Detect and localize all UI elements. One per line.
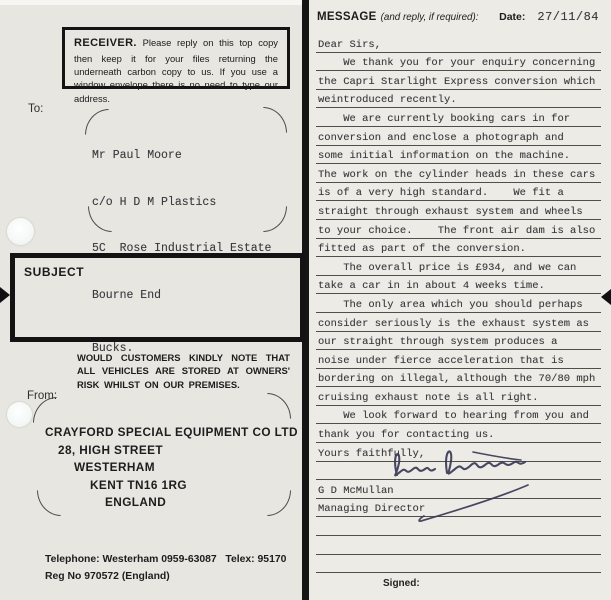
from-address-line: 28, HIGH STREET bbox=[58, 442, 298, 460]
message-line: weintroduced recently. bbox=[316, 90, 601, 109]
date-label: Date: bbox=[499, 11, 525, 23]
message-line: the Capri Starlight Express conversion w… bbox=[316, 71, 601, 90]
message-line: Managing Director bbox=[316, 499, 601, 518]
message-line: fitted as part of the conversion. bbox=[316, 239, 601, 258]
message-line: take a car in in about 4 weeks time. bbox=[316, 276, 601, 295]
scan-top-edge bbox=[0, 0, 302, 5]
signed-label: Signed: bbox=[383, 578, 420, 589]
punch-hole bbox=[7, 218, 34, 245]
message-line: bordering on illegal, although the 70/80… bbox=[316, 369, 601, 388]
message-line: consider seriously is the exhaust system… bbox=[316, 313, 601, 332]
message-line bbox=[316, 462, 601, 481]
receiver-notice-title: RECEIVER. bbox=[74, 37, 137, 49]
from-address-line: WESTERHAM bbox=[74, 459, 298, 477]
message-line: We are currently booking cars in for bbox=[316, 108, 601, 127]
date-value: 27/11/84 bbox=[537, 10, 599, 24]
message-line: thank you for contacting us. bbox=[316, 424, 601, 443]
to-address-line: c/o H D M Plastics bbox=[92, 195, 271, 211]
from-address-line: ENGLAND bbox=[105, 494, 298, 512]
message-line: is of a very high standard. We fit a bbox=[316, 183, 601, 202]
message-line: G D McMullan bbox=[316, 480, 601, 499]
message-line: some initial information on the machine. bbox=[316, 146, 601, 165]
corner-bracket bbox=[267, 393, 291, 419]
from-address: CRAYFORD SPECIAL EQUIPMENT CO LTD 28, HI… bbox=[45, 424, 298, 512]
subject-box: SUBJECT bbox=[10, 253, 305, 342]
message-label: MESSAGE bbox=[317, 11, 377, 23]
punch-hole bbox=[7, 402, 32, 427]
message-line bbox=[316, 555, 601, 574]
from-address-line: CRAYFORD SPECIAL EQUIPMENT CO LTD bbox=[45, 424, 298, 442]
message-column: MESSAGE (and reply, if required): Date: … bbox=[312, 0, 611, 600]
registration-line: Reg No 970572 (England) bbox=[45, 571, 170, 582]
message-body: Dear Sirs, We thank you for your enquiry… bbox=[316, 34, 601, 573]
message-note: (and reply, if required): bbox=[381, 12, 479, 23]
message-line: our straight through system produces a bbox=[316, 332, 601, 351]
message-line: noise under fierce acceleration that is bbox=[316, 350, 601, 369]
message-header: MESSAGE (and reply, if required): Date: … bbox=[317, 10, 599, 24]
receiver-notice: RECEIVER. Please reply on this top copy … bbox=[62, 27, 290, 89]
from-address-line: KENT TN16 1RG bbox=[90, 477, 298, 495]
message-line: straight through exhaust system and whee… bbox=[316, 201, 601, 220]
message-line bbox=[316, 517, 601, 536]
registration-arrow-right-icon bbox=[0, 287, 10, 303]
message-line: to your choice. The front air dam is als… bbox=[316, 220, 601, 239]
to-address-line: Mr Paul Moore bbox=[92, 148, 271, 164]
message-line: The work on the cylinder heads in these … bbox=[316, 164, 601, 183]
message-line: We look forward to hearing from you and bbox=[316, 406, 601, 425]
memo-form-scan: RECEIVER. Please reply on this top copy … bbox=[0, 0, 611, 600]
message-line: The only area which you should perhaps bbox=[316, 294, 601, 313]
message-line: We thank you for your enquiry concerning bbox=[316, 53, 601, 72]
message-line: The overall price is £934, and we can bbox=[316, 257, 601, 276]
message-line: Dear Sirs, bbox=[316, 34, 601, 53]
message-line bbox=[316, 536, 601, 555]
to-label: To: bbox=[28, 103, 43, 115]
message-line: cruising exhaust note is all right. bbox=[316, 387, 601, 406]
telephone-line: Telephone: Westerham 0959-63087 Telex: 9… bbox=[45, 554, 286, 565]
storage-notice: WOULD CUSTOMERS KINDLY NOTE THAT ALL VEH… bbox=[77, 351, 290, 391]
message-line: Yours faithfully, bbox=[316, 443, 601, 462]
subject-label: SUBJECT bbox=[24, 265, 84, 279]
message-line: conversion and enclose a photograph and bbox=[316, 127, 601, 146]
